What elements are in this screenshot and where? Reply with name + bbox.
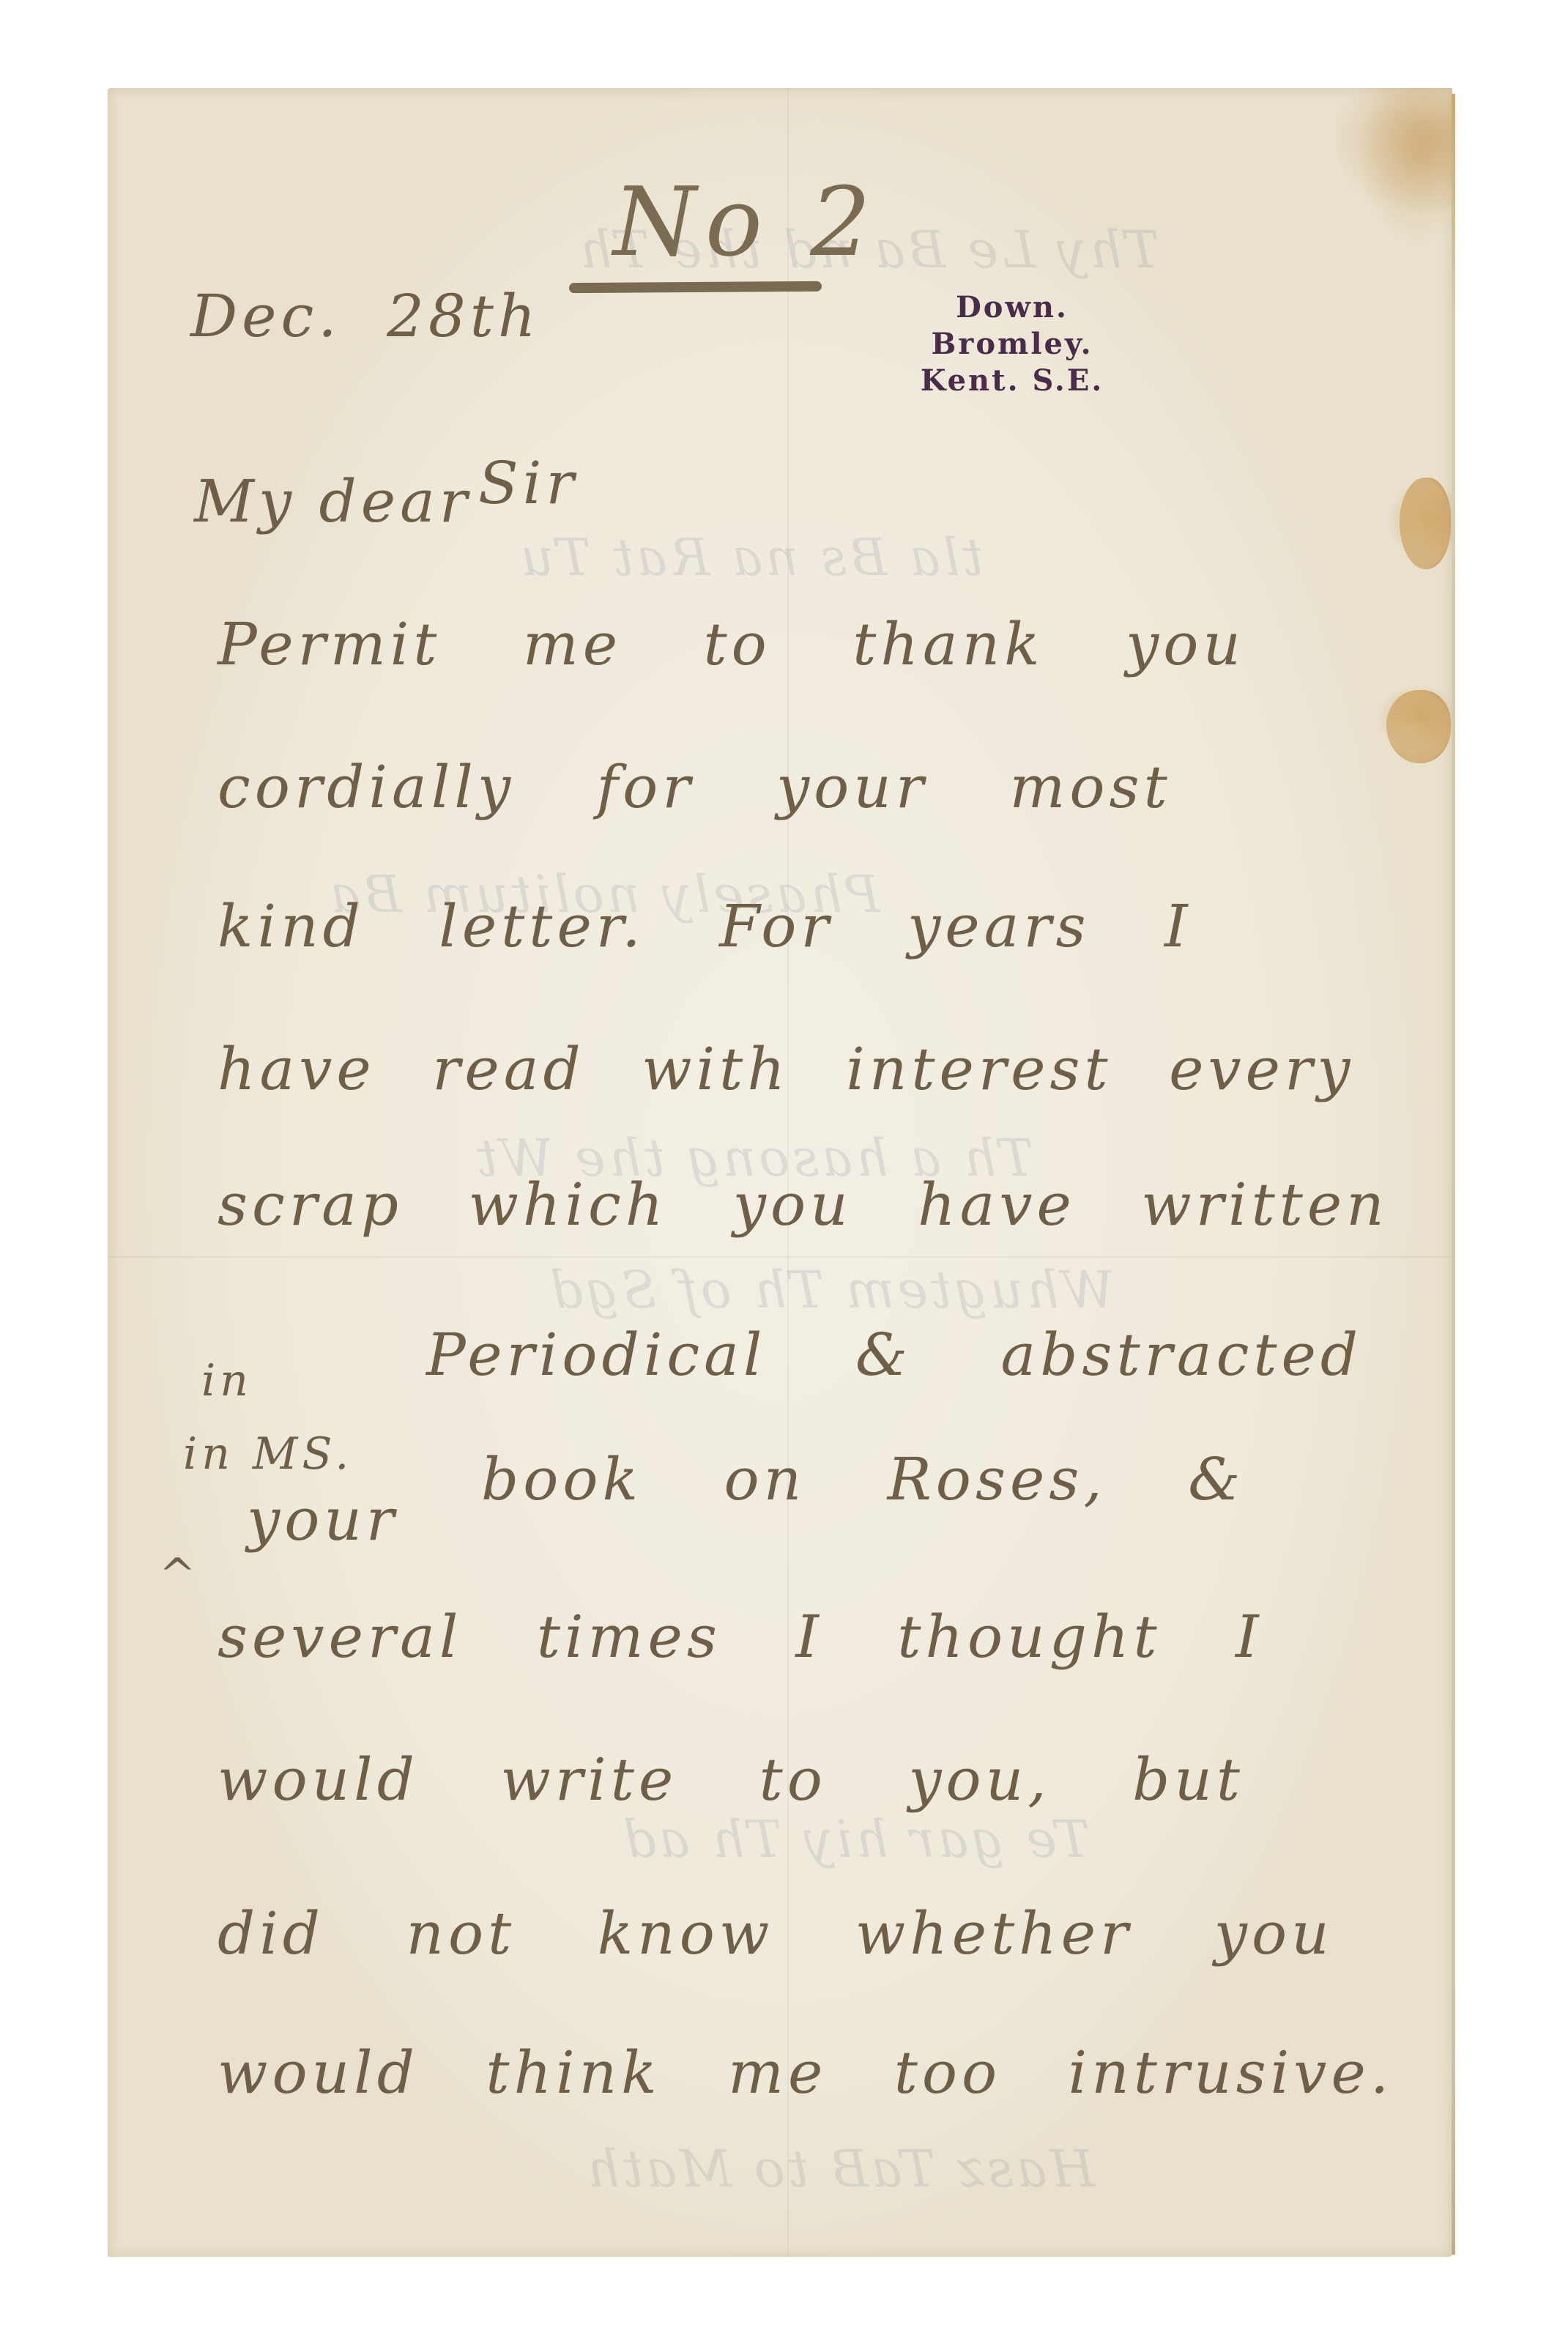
bleed-through-text: Hasz TaB to Math — [584, 2139, 1095, 2199]
letterhead: Down. Bromley. Kent. S.E. — [906, 289, 1118, 399]
body-line-7: book on Roses, & — [481, 1450, 1244, 1509]
body-line-10: did not know whether you — [218, 1904, 1334, 1963]
bleed-through-text: Whugtem Th of Sgd — [547, 1260, 1115, 1320]
bleed-through-text: tla Bs na Rat Tu — [518, 527, 983, 587]
letterhead-line-kent: Kent. S.E. — [906, 363, 1118, 399]
page-number-heading: No 2 — [613, 174, 880, 270]
margin-note-in-ms: in MS. — [183, 1432, 353, 1476]
paper-edge — [1452, 94, 1455, 2255]
salutation: My dear — [194, 472, 472, 531]
body-line-6: Periodical & abstracted — [426, 1326, 1362, 1384]
body-line-3: kind letter. For years I — [218, 897, 1192, 956]
margin-note-in: in — [201, 1359, 253, 1403]
horizontal-fold — [108, 1256, 1452, 1258]
date-month: Dec. — [190, 287, 341, 346]
letterhead-line-down: Down. — [906, 289, 1118, 326]
body-line-9: would write to you, but — [218, 1751, 1244, 1809]
body-line-5: scrap which you have written — [218, 1176, 1389, 1234]
edge-stain-upper — [1400, 478, 1451, 569]
bleed-through-text: Te gar hiy Th ad — [620, 1809, 1090, 1869]
date-day: 28th — [387, 287, 540, 346]
corner-foxing-stain — [1335, 88, 1452, 212]
body-line-2: cordially for your most — [218, 758, 1172, 817]
body-line-8: several times I thought I — [218, 1608, 1263, 1666]
heading-underline — [569, 281, 822, 293]
body-line-11: would think me too intrusive. — [218, 2044, 1393, 2102]
body-line-4: have read with interest every — [218, 1040, 1354, 1099]
salutation-sir: Sir — [478, 454, 579, 513]
letterhead-line-bromley: Bromley. — [906, 326, 1118, 363]
body-line-7-your: your — [247, 1491, 398, 1549]
insertion-caret: ^ — [159, 1553, 200, 1597]
letter-page: Thy Le Ba nd the Th tla Bs na Rat Tu Pha… — [108, 88, 1452, 2257]
edge-stain-lower — [1386, 690, 1451, 763]
body-line-1: Permit me to thank you — [218, 615, 1245, 674]
